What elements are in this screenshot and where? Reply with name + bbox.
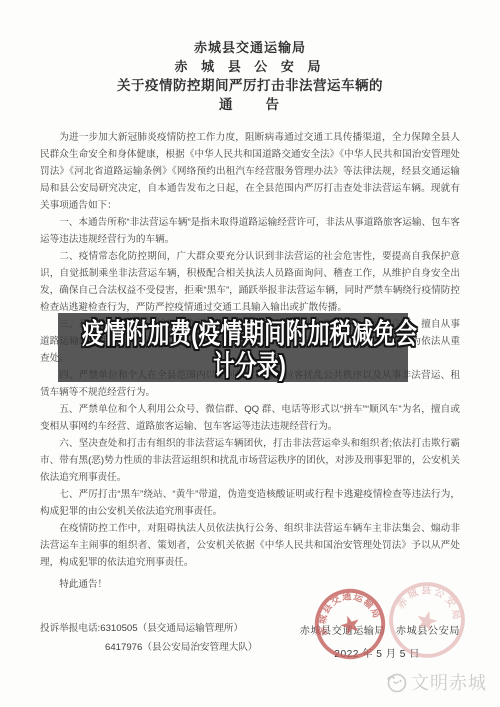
paragraph-item-2: 二、疫情常态化防控期间，广大群众要充分认识到非法营运的社会危害性，要提高自我保护… (40, 248, 460, 316)
smiley-icon (384, 671, 408, 693)
paragraph-intro: 为进一步加大新冠肺炎疫情防控工作力度，阻断病毒通过交通工具传播渠道，全力保障全县… (40, 129, 460, 214)
paragraph-closing: 在疫情防控工作中，对阻碍执法人员依法执行公务、组织非法营运车辆车主非法集会、煽动… (40, 520, 460, 571)
paragraph-item-1: 一、本通告所称“非法营运车辆”是指未取得道路运输经营许可，非法从事道路旅客运输、… (40, 214, 460, 248)
paragraph-item-6: 六、坚决查处和打击有组织的非法营运车辆团伙，打击非法营运牵头和组织者;依法打击欺… (40, 435, 460, 486)
paragraph-item-5: 五、严禁单位和个人利用公众号、微信群、QQ 群、电话等形式以“拼车”“顺风车”为… (40, 401, 460, 435)
overlay-title: 疫情附加费(疫情期间附加税减免会计分录) (76, 318, 423, 382)
watermark: 文明赤城 (384, 669, 487, 695)
star-icon (414, 608, 439, 632)
star-icon (338, 613, 362, 636)
issuing-org-transport: 赤城县交通运输局 (0, 38, 500, 57)
doc-header: 赤城县交通运输局 赤 城 县 公 安 局 关于疫情防控期间严厉打击非法营运车辆的… (0, 0, 500, 114)
doc-subject: 关于疫情防控期间严厉打击非法营运车辆的 (0, 76, 500, 95)
doc-type: 通 告 (0, 95, 500, 114)
watermark-label: 文明赤城 (411, 669, 487, 695)
scanned-notice-page: 赤城县交通运输局 赤 城 县 公 安 局 关于疫情防控期间严厉打击非法营运车辆的… (0, 0, 500, 707)
paragraph-item-7: 七、严厉打击“黑车”绕站、“黄牛”带道，伪造变造核酸证明或行程卡逃避疫情检查等违… (40, 486, 460, 520)
issuing-org-police: 赤 城 县 公 安 局 (0, 57, 500, 76)
